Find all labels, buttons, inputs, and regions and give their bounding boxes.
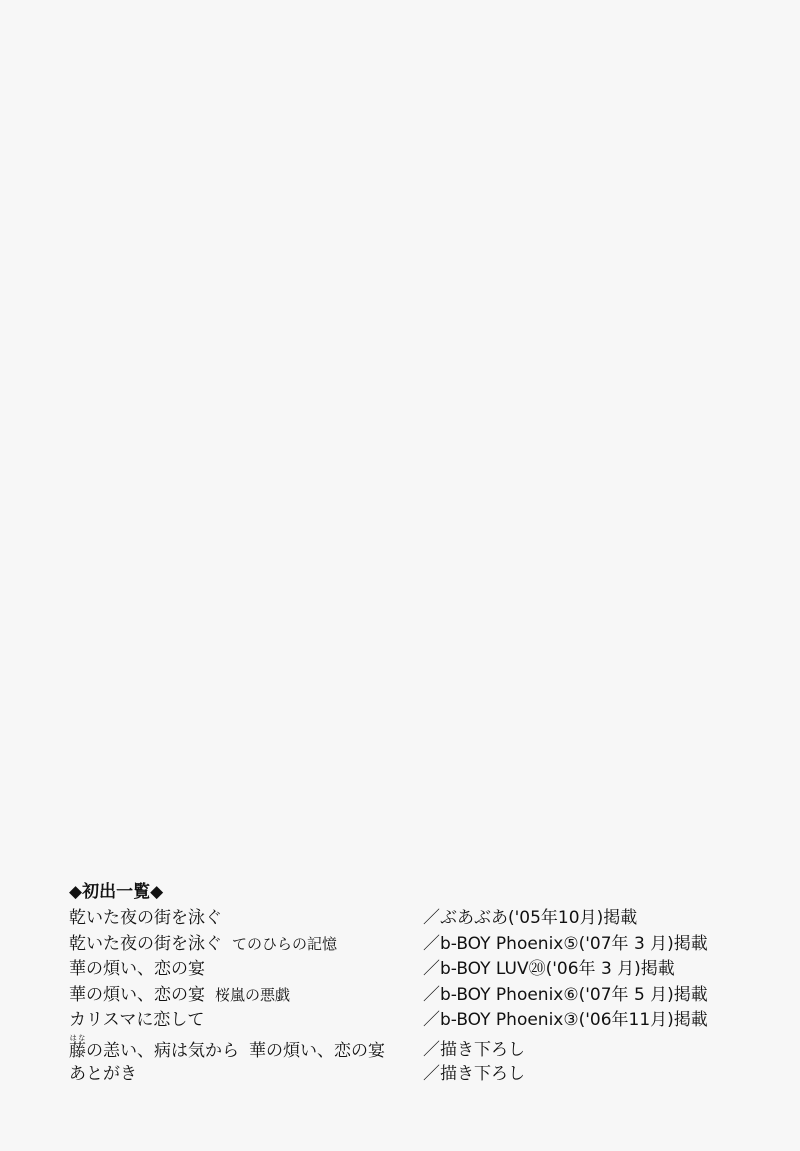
work-title: 乾いた夜の街を泳ぐ: [69, 906, 423, 932]
list-item: カリスマに恋して ／b-BOY Phoenix③('06年11月)掲載: [69, 1008, 759, 1034]
publication-source: ／b-BOY Phoenix⑤('07年 3 月)掲載: [423, 932, 759, 958]
ruby-base: 藤: [69, 1041, 86, 1061]
list-item: 藤はなの恙い、病は気から華の煩い、恋の宴 ／描き下ろし: [69, 1034, 759, 1062]
title-main: 乾いた夜の街を泳ぐ: [69, 908, 222, 928]
work-title: あとがき: [69, 1062, 423, 1088]
publication-source: ／b-BOY LUV⑳('06年 3 月)掲載: [423, 957, 759, 983]
list-heading: ◆初出一覧◆: [69, 880, 759, 905]
title-subtitle: 桜嵐の悪戯: [215, 986, 290, 1004]
title-ruby: 藤はな: [69, 1041, 86, 1061]
list-item: 華の煩い、恋の宴桜嵐の悪戯 ／b-BOY Phoenix⑥('07年 5 月)掲…: [69, 983, 759, 1009]
title-main: あとがき: [69, 1064, 137, 1084]
list-item: 華の煩い、恋の宴 ／b-BOY LUV⑳('06年 3 月)掲載: [69, 957, 759, 983]
first-appearance-list: ◆初出一覧◆ 乾いた夜の街を泳ぐ ／ぶあぶあ('05年10月)掲載 乾いた夜の街…: [69, 880, 759, 1087]
title-main: の恙い、病は気から: [86, 1041, 239, 1061]
title-subtitle: 華の煩い、恋の宴: [249, 1041, 385, 1061]
title-main: 華の煩い、恋の宴: [69, 959, 205, 979]
work-title: カリスマに恋して: [69, 1008, 423, 1034]
publication-source: ／b-BOY Phoenix③('06年11月)掲載: [423, 1008, 759, 1034]
publication-source: ／描き下ろし: [423, 1062, 759, 1088]
list-item: 乾いた夜の街を泳ぐ ／ぶあぶあ('05年10月)掲載: [69, 906, 759, 932]
title-subtitle: てのひらの記憶: [232, 935, 337, 953]
publication-source: ／ぶあぶあ('05年10月)掲載: [423, 906, 759, 932]
work-title: 華の煩い、恋の宴: [69, 957, 423, 983]
title-main: 華の煩い、恋の宴: [69, 985, 205, 1005]
ruby-reading: はな: [69, 1034, 86, 1042]
publication-source: ／描き下ろし: [423, 1034, 759, 1062]
title-main: 乾いた夜の街を泳ぐ: [69, 934, 222, 954]
list-item: 乾いた夜の街を泳ぐてのひらの記憶 ／b-BOY Phoenix⑤('07年 3 …: [69, 932, 759, 958]
work-title: 乾いた夜の街を泳ぐてのひらの記憶: [69, 932, 423, 958]
publication-source: ／b-BOY Phoenix⑥('07年 5 月)掲載: [423, 983, 759, 1009]
list-item: あとがき ／描き下ろし: [69, 1062, 759, 1088]
work-title: 藤はなの恙い、病は気から華の煩い、恋の宴: [69, 1034, 423, 1062]
work-title: 華の煩い、恋の宴桜嵐の悪戯: [69, 983, 423, 1009]
title-main: カリスマに恋して: [69, 1010, 204, 1030]
